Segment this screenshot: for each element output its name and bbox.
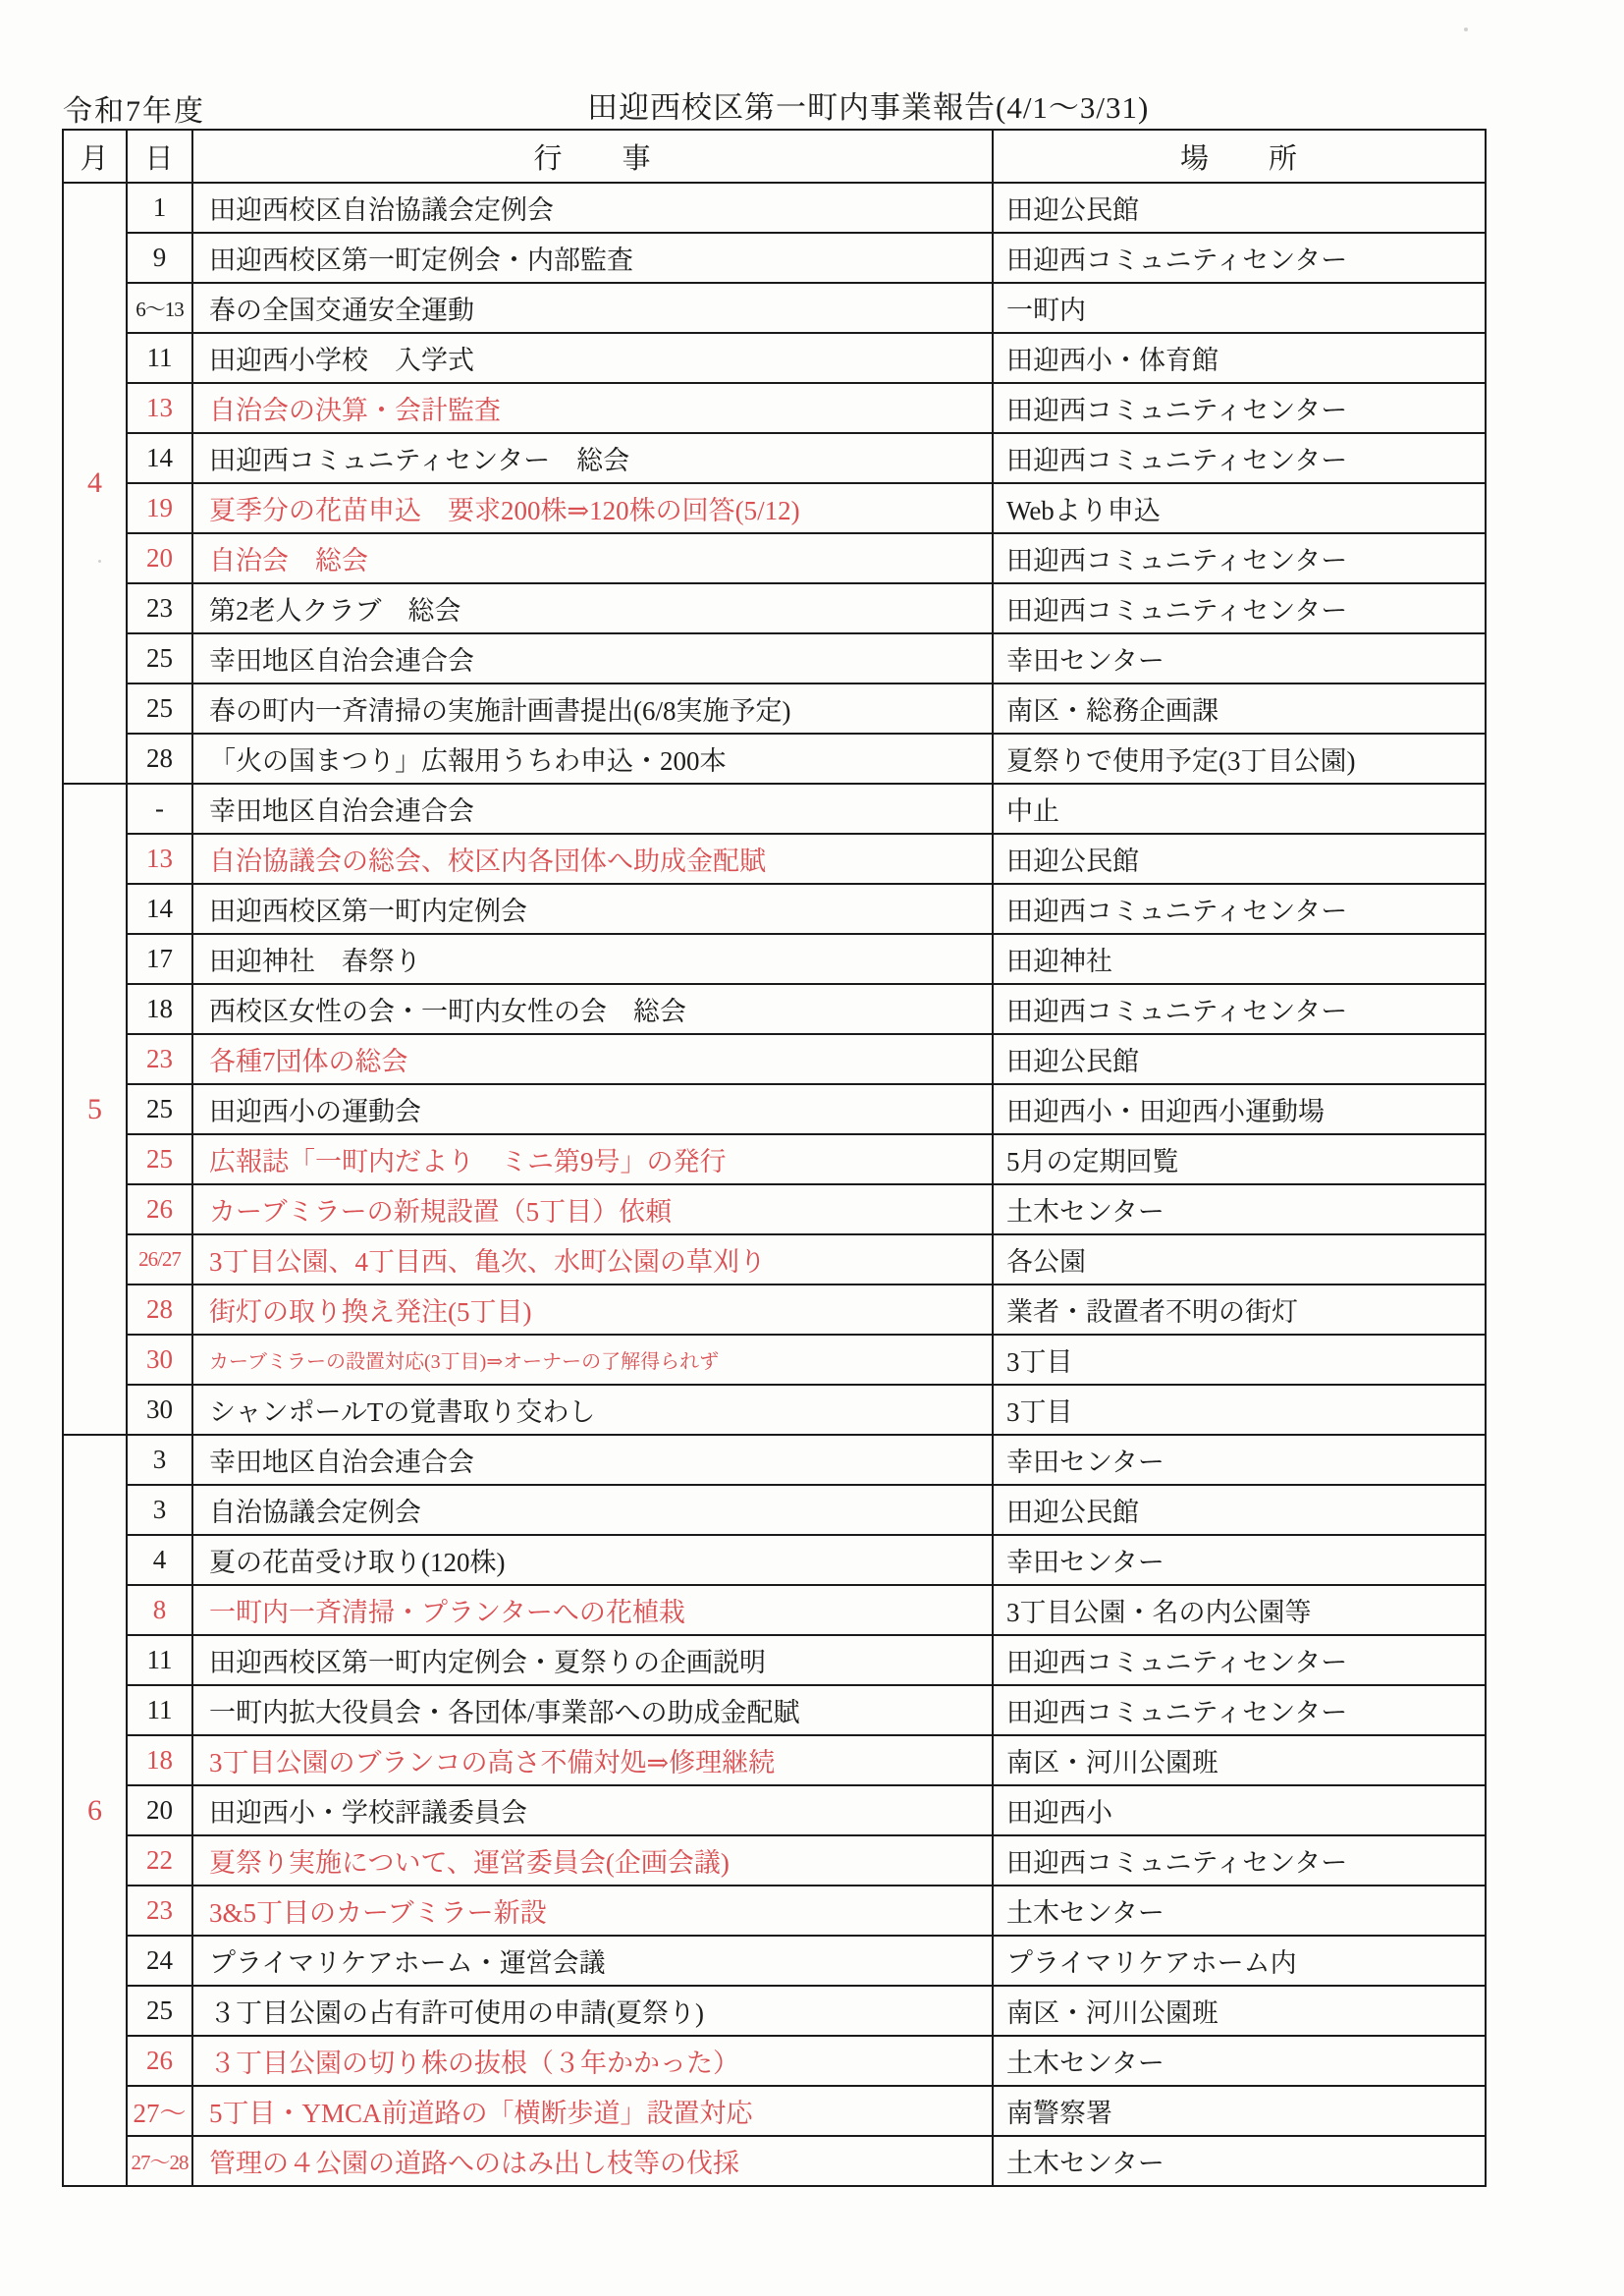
event-cell: 春の町内一斉清掃の実施計画書提出(6/8実施予定) bbox=[192, 683, 993, 734]
place-cell: 田迎西コミュニティセンター bbox=[993, 233, 1486, 283]
day-cell: 3 bbox=[127, 1485, 192, 1535]
day-cell: - bbox=[127, 784, 192, 834]
day-cell: 19 bbox=[127, 483, 192, 533]
page-title: 田迎西校区第一町内事業報告(4/1～3/31) bbox=[587, 82, 1149, 127]
table-row: 30シャンポールTの覚書取り交わし3丁目 bbox=[63, 1385, 1486, 1435]
table-row: 14田迎西コミュニティセンター 総会田迎西コミュニティセンター bbox=[63, 433, 1486, 483]
table-row: 22夏祭り実施について、運営委員会(企画会議)田迎西コミュニティセンター bbox=[63, 1835, 1486, 1886]
table-row: 3自治協議会定例会田迎公民館 bbox=[63, 1485, 1486, 1535]
place-cell: 田迎西小 bbox=[993, 1785, 1486, 1835]
event-cell: 街灯の取り換え発注(5丁目) bbox=[192, 1285, 993, 1335]
event-cell: 各種7団体の総会 bbox=[192, 1034, 993, 1084]
day-cell: 18 bbox=[127, 1735, 192, 1785]
event-cell: 一町内一斉清掃・プランターへの花植栽 bbox=[192, 1585, 993, 1635]
table-body: 41田迎西校区自治協議会定例会田迎公民館9田迎西校区第一町定例会・内部監査田迎西… bbox=[63, 183, 1486, 2186]
place-cell: 幸田センター bbox=[993, 1435, 1486, 1485]
day-cell: 28 bbox=[127, 734, 192, 784]
place-cell: 田迎西コミュニティセンター bbox=[993, 884, 1486, 934]
event-cell: 第2老人クラブ 総会 bbox=[192, 583, 993, 633]
day-cell: 24 bbox=[127, 1936, 192, 1986]
day-cell: 25 bbox=[127, 683, 192, 734]
table-row: 25田迎西小の運動会田迎西小・田迎西小運動場 bbox=[63, 1084, 1486, 1134]
day-cell: 13 bbox=[127, 834, 192, 884]
day-cell: 23 bbox=[127, 1034, 192, 1084]
header-month: 月 bbox=[63, 130, 127, 183]
place-cell: 田迎西コミュニティセンター bbox=[993, 984, 1486, 1034]
event-cell: 夏季分の花苗申込 要求200株⇒120株の回答(5/12) bbox=[192, 483, 993, 533]
day-cell: 11 bbox=[127, 333, 192, 383]
day-cell: 9 bbox=[127, 233, 192, 283]
day-cell: 25 bbox=[127, 1084, 192, 1134]
day-cell: 18 bbox=[127, 984, 192, 1034]
event-cell: 田迎西校区第一町内定例会・夏祭りの企画説明 bbox=[192, 1635, 993, 1685]
month-cell: 5 bbox=[63, 784, 127, 1435]
event-cell: カーブミラーの新規設置（5丁目）依頼 bbox=[192, 1184, 993, 1234]
table-row: 11田迎西校区第一町内定例会・夏祭りの企画説明田迎西コミュニティセンター bbox=[63, 1635, 1486, 1685]
day-cell: 27～ bbox=[127, 2086, 192, 2136]
place-cell: 南警察署 bbox=[993, 2086, 1486, 2136]
place-cell: 南区・総務企画課 bbox=[993, 683, 1486, 734]
place-cell: 田迎公民館 bbox=[993, 1485, 1486, 1535]
place-cell: 土木センター bbox=[993, 2136, 1486, 2186]
event-cell: 田迎西校区自治協議会定例会 bbox=[192, 183, 993, 233]
event-cell: 3丁目公園、4丁目西、亀次、水町公園の草刈り bbox=[192, 1234, 993, 1285]
table-row: 25広報誌「一町内だより ミニ第9号」の発行5月の定期回覧 bbox=[63, 1134, 1486, 1184]
place-cell: 田迎西コミュニティセンター bbox=[993, 1835, 1486, 1886]
day-cell: 30 bbox=[127, 1385, 192, 1435]
event-cell: 3&5丁目のカーブミラー新設 bbox=[192, 1886, 993, 1936]
day-cell: 14 bbox=[127, 884, 192, 934]
fiscal-year-label: 令和7年度 bbox=[63, 86, 205, 130]
event-cell: 「火の国まつり」広報用うちわ申込・200本 bbox=[192, 734, 993, 784]
table-row: 25幸田地区自治会連合会幸田センター bbox=[63, 633, 1486, 683]
day-cell: 25 bbox=[127, 633, 192, 683]
place-cell: 南区・河川公園班 bbox=[993, 1986, 1486, 2036]
event-cell: ３丁目公園の切り株の抜根（３年かかった） bbox=[192, 2036, 993, 2086]
table-header: 月 日 行 事 場 所 bbox=[63, 130, 1486, 183]
place-cell: 田迎西コミュニティセンター bbox=[993, 433, 1486, 483]
event-cell: 夏祭り実施について、運営委員会(企画会議) bbox=[192, 1835, 993, 1886]
event-cell: 自治会の決算・会計監査 bbox=[192, 383, 993, 433]
business-report-table: 月 日 行 事 場 所 41田迎西校区自治協議会定例会田迎公民館9田迎西校区第一… bbox=[62, 129, 1487, 2187]
event-cell: 田迎神社 春祭り bbox=[192, 934, 993, 984]
place-cell: 田迎西コミュニティセンター bbox=[993, 583, 1486, 633]
place-cell: 一町内 bbox=[993, 283, 1486, 333]
event-cell: 自治協議会の総会、校区内各団体へ助成金配賦 bbox=[192, 834, 993, 884]
day-cell: 14 bbox=[127, 433, 192, 483]
month-cell: 4 bbox=[63, 183, 127, 784]
scan-noise-dot bbox=[1464, 27, 1468, 31]
table-row: 17田迎神社 春祭り田迎神社 bbox=[63, 934, 1486, 984]
day-cell: 26 bbox=[127, 2036, 192, 2086]
place-cell: 田迎西コミュニティセンター bbox=[993, 1685, 1486, 1735]
event-cell: 一町内拡大役員会・各団体/事業部への助成金配賦 bbox=[192, 1685, 993, 1735]
place-cell: 田迎公民館 bbox=[993, 834, 1486, 884]
event-cell: シャンポールTの覚書取り交わし bbox=[192, 1385, 993, 1435]
table-row: 25春の町内一斉清掃の実施計画書提出(6/8実施予定)南区・総務企画課 bbox=[63, 683, 1486, 734]
place-cell: 土木センター bbox=[993, 1184, 1486, 1234]
place-cell: 5月の定期回覧 bbox=[993, 1134, 1486, 1184]
month-cell: 6 bbox=[63, 1435, 127, 2186]
place-cell: 幸田センター bbox=[993, 633, 1486, 683]
day-cell: 23 bbox=[127, 583, 192, 633]
event-cell: 西校区女性の会・一町内女性の会 総会 bbox=[192, 984, 993, 1034]
event-cell: 田迎西小・学校評議委員会 bbox=[192, 1785, 993, 1835]
event-cell: 田迎西小の運動会 bbox=[192, 1084, 993, 1134]
table-row: 19夏季分の花苗申込 要求200株⇒120株の回答(5/12)Webより申込 bbox=[63, 483, 1486, 533]
place-cell: 田迎西小・田迎西小運動場 bbox=[993, 1084, 1486, 1134]
table-row: 28「火の国まつり」広報用うちわ申込・200本夏祭りで使用予定(3丁目公園) bbox=[63, 734, 1486, 784]
place-cell: 田迎西コミュニティセンター bbox=[993, 383, 1486, 433]
event-cell: カーブミラーの設置対応(3丁目)⇒オーナーの了解得られず bbox=[192, 1335, 993, 1385]
day-cell: 1 bbox=[127, 183, 192, 233]
place-cell: 田迎公民館 bbox=[993, 183, 1486, 233]
header-row: 月 日 行 事 場 所 bbox=[63, 130, 1486, 183]
event-cell: 田迎西校区第一町内定例会 bbox=[192, 884, 993, 934]
event-cell: 5丁目・YMCA前道路の「横断歩道」設置対応 bbox=[192, 2086, 993, 2136]
event-cell: 管理の４公園の道路へのはみ出し枝等の伐採 bbox=[192, 2136, 993, 2186]
table-row: 4夏の花苗受け取り(120株)幸田センター bbox=[63, 1535, 1486, 1585]
day-cell: 20 bbox=[127, 1785, 192, 1835]
table-row: 13自治会の決算・会計監査田迎西コミュニティセンター bbox=[63, 383, 1486, 433]
day-cell: 6～13 bbox=[127, 283, 192, 333]
table-row: 8一町内一斉清掃・プランターへの花植栽3丁目公園・名の内公園等 bbox=[63, 1585, 1486, 1635]
day-cell: 8 bbox=[127, 1585, 192, 1635]
day-cell: 4 bbox=[127, 1535, 192, 1585]
day-cell: 17 bbox=[127, 934, 192, 984]
place-cell: 土木センター bbox=[993, 1886, 1486, 1936]
event-cell: 自治協議会定例会 bbox=[192, 1485, 993, 1535]
day-cell: 27～28 bbox=[127, 2136, 192, 2186]
place-cell: 3丁目公園・名の内公園等 bbox=[993, 1585, 1486, 1635]
place-cell: 田迎公民館 bbox=[993, 1034, 1486, 1084]
day-cell: 22 bbox=[127, 1835, 192, 1886]
day-cell: 25 bbox=[127, 1986, 192, 2036]
place-cell: 3丁目 bbox=[993, 1335, 1486, 1385]
event-cell: 広報誌「一町内だより ミニ第9号」の発行 bbox=[192, 1134, 993, 1184]
day-cell: 13 bbox=[127, 383, 192, 433]
table-row: 6～13春の全国交通安全運動一町内 bbox=[63, 283, 1486, 333]
table-row: 23第2老人クラブ 総会田迎西コミュニティセンター bbox=[63, 583, 1486, 633]
place-cell: Webより申込 bbox=[993, 483, 1486, 533]
table-row: 233&5丁目のカーブミラー新設土木センター bbox=[63, 1886, 1486, 1936]
place-cell: 田迎西小・体育館 bbox=[993, 333, 1486, 383]
day-cell: 11 bbox=[127, 1685, 192, 1735]
table-row: 26/273丁目公園、4丁目西、亀次、水町公園の草刈り各公園 bbox=[63, 1234, 1486, 1285]
table-row: 41田迎西校区自治協議会定例会田迎公民館 bbox=[63, 183, 1486, 233]
place-cell: 3丁目 bbox=[993, 1385, 1486, 1435]
event-cell: 幸田地区自治会連合会 bbox=[192, 633, 993, 683]
place-cell: 田迎西コミュニティセンター bbox=[993, 533, 1486, 583]
day-cell: 11 bbox=[127, 1635, 192, 1685]
day-cell: 26 bbox=[127, 1184, 192, 1234]
table-row: 9田迎西校区第一町定例会・内部監査田迎西コミュニティセンター bbox=[63, 233, 1486, 283]
table-row: 23各種7団体の総会田迎公民館 bbox=[63, 1034, 1486, 1084]
table-row: 27～28管理の４公園の道路へのはみ出し枝等の伐採土木センター bbox=[63, 2136, 1486, 2186]
table-row: 5-幸田地区自治会連合会中止 bbox=[63, 784, 1486, 834]
header-event: 行 事 bbox=[192, 130, 993, 183]
event-cell: プライマリケアホーム・運営会議 bbox=[192, 1936, 993, 1986]
table-row: 14田迎西校区第一町内定例会田迎西コミュニティセンター bbox=[63, 884, 1486, 934]
event-cell: 幸田地区自治会連合会 bbox=[192, 1435, 993, 1485]
table-row: 26３丁目公園の切り株の抜根（３年かかった）土木センター bbox=[63, 2036, 1486, 2086]
table-row: 20自治会 総会田迎西コミュニティセンター bbox=[63, 533, 1486, 583]
event-cell: 田迎西コミュニティセンター 総会 bbox=[192, 433, 993, 483]
table-row: 26カーブミラーの新規設置（5丁目）依頼土木センター bbox=[63, 1184, 1486, 1234]
day-cell: 30 bbox=[127, 1335, 192, 1385]
event-cell: 幸田地区自治会連合会 bbox=[192, 784, 993, 834]
table-row: 20田迎西小・学校評議委員会田迎西小 bbox=[63, 1785, 1486, 1835]
place-cell: 業者・設置者不明の街灯 bbox=[993, 1285, 1486, 1335]
header-day: 日 bbox=[127, 130, 192, 183]
table-row: 18西校区女性の会・一町内女性の会 総会田迎西コミュニティセンター bbox=[63, 984, 1486, 1034]
day-cell: 26/27 bbox=[127, 1234, 192, 1285]
place-cell: 南区・河川公園班 bbox=[993, 1735, 1486, 1785]
place-cell: 幸田センター bbox=[993, 1535, 1486, 1585]
event-cell: 夏の花苗受け取り(120株) bbox=[192, 1535, 993, 1585]
place-cell: 田迎西コミュニティセンター bbox=[993, 1635, 1486, 1685]
scanned-report-page: 令和7年度 田迎西校区第一町内事業報告(4/1～3/31) 月 日 行 事 場 … bbox=[0, 0, 1624, 2296]
event-cell: 3丁目公園のブランコの高さ不備対処⇒修理継続 bbox=[192, 1735, 993, 1785]
day-cell: 25 bbox=[127, 1134, 192, 1184]
table-row: 11一町内拡大役員会・各団体/事業部への助成金配賦田迎西コミュニティセンター bbox=[63, 1685, 1486, 1735]
place-cell: 各公園 bbox=[993, 1234, 1486, 1285]
table-row: 25３丁目公園の占有許可使用の申請(夏祭り)南区・河川公園班 bbox=[63, 1986, 1486, 2036]
table-row: 13自治協議会の総会、校区内各団体へ助成金配賦田迎公民館 bbox=[63, 834, 1486, 884]
event-cell: 自治会 総会 bbox=[192, 533, 993, 583]
table-row: 24プライマリケアホーム・運営会議プライマリケアホーム内 bbox=[63, 1936, 1486, 1986]
table-row: 28街灯の取り換え発注(5丁目)業者・設置者不明の街灯 bbox=[63, 1285, 1486, 1335]
event-cell: 田迎西小学校 入学式 bbox=[192, 333, 993, 383]
day-cell: 28 bbox=[127, 1285, 192, 1335]
event-cell: ３丁目公園の占有許可使用の申請(夏祭り) bbox=[192, 1986, 993, 2036]
table-row: 11田迎西小学校 入学式田迎西小・体育館 bbox=[63, 333, 1486, 383]
place-cell: 土木センター bbox=[993, 2036, 1486, 2086]
table-row: 27～5丁目・YMCA前道路の「横断歩道」設置対応南警察署 bbox=[63, 2086, 1486, 2136]
table-row: 30カーブミラーの設置対応(3丁目)⇒オーナーの了解得られず3丁目 bbox=[63, 1335, 1486, 1385]
event-cell: 春の全国交通安全運動 bbox=[192, 283, 993, 333]
place-cell: 中止 bbox=[993, 784, 1486, 834]
event-cell: 田迎西校区第一町定例会・内部監査 bbox=[192, 233, 993, 283]
day-cell: 3 bbox=[127, 1435, 192, 1485]
place-cell: プライマリケアホーム内 bbox=[993, 1936, 1486, 1986]
table-row: 63幸田地区自治会連合会幸田センター bbox=[63, 1435, 1486, 1485]
place-cell: 夏祭りで使用予定(3丁目公園) bbox=[993, 734, 1486, 784]
place-cell: 田迎神社 bbox=[993, 934, 1486, 984]
table-row: 183丁目公園のブランコの高さ不備対処⇒修理継続南区・河川公園班 bbox=[63, 1735, 1486, 1785]
day-cell: 23 bbox=[127, 1886, 192, 1936]
header-place: 場 所 bbox=[993, 130, 1486, 183]
day-cell: 20 bbox=[127, 533, 192, 583]
